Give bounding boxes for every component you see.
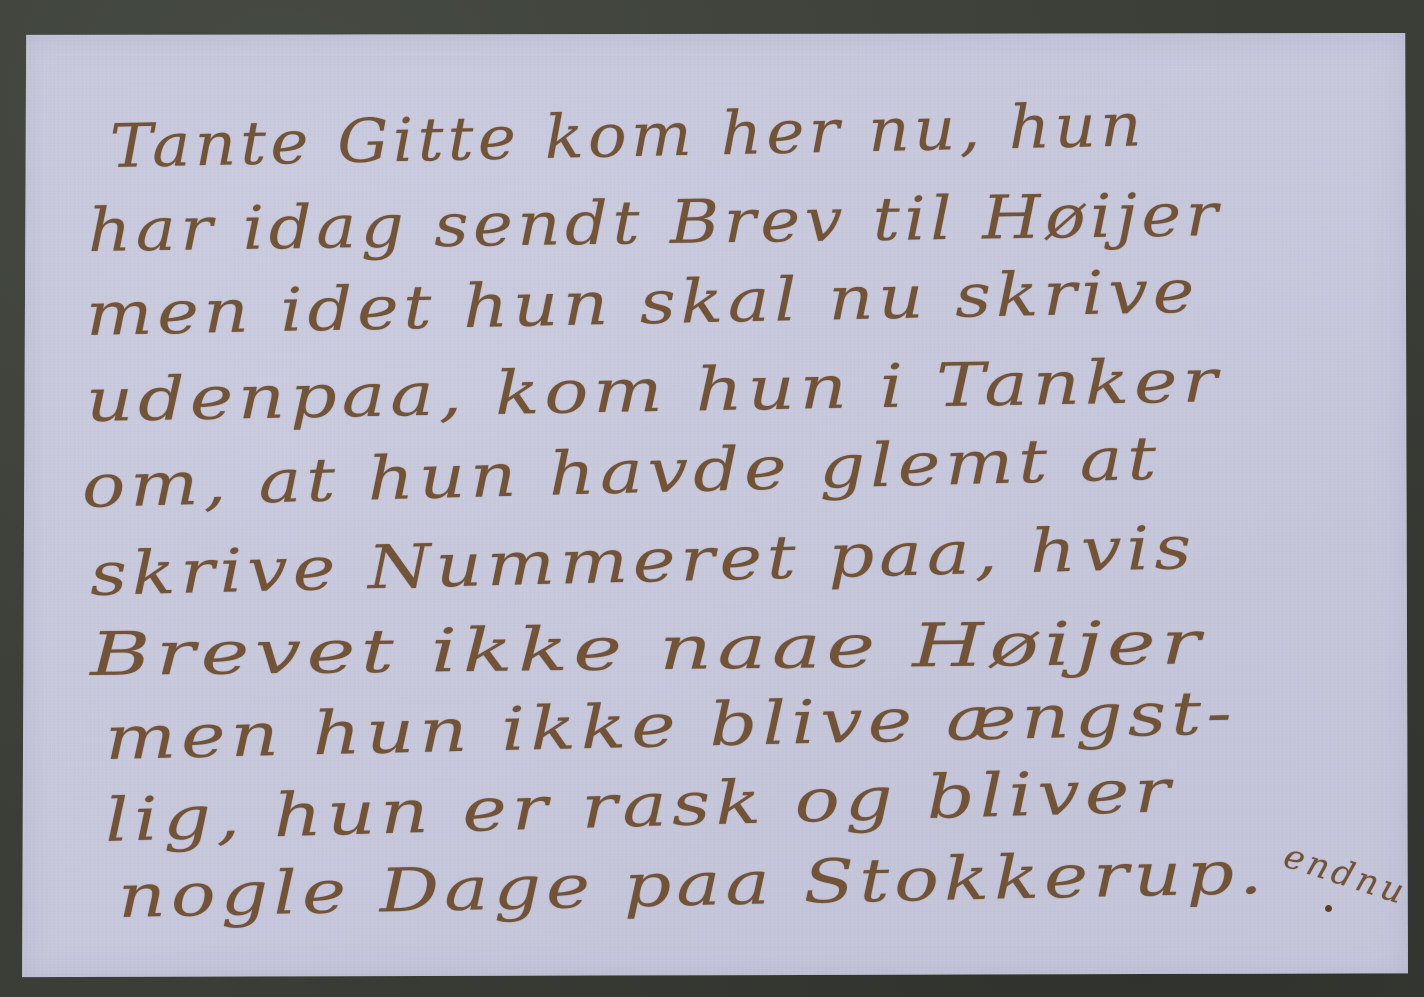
handwriting-margin-note: endnu [1279, 836, 1413, 913]
handwriting-line-6: skrive Nummeret paa, hvis [89, 513, 1197, 610]
handwritten-text: Tante Gitte kom her nu, hun har idag sen… [0, 0, 1424, 997]
handwriting-line-10: nogle Dage paa Stokkerup. [117, 838, 1268, 932]
ink-dot-mark [1325, 905, 1332, 912]
handwriting-line-1: Tante Gitte kom her nu, hun [109, 90, 1146, 182]
handwriting-line-3: men idet hun skal nu skrive [85, 257, 1199, 350]
handwriting-line-2: har idag sendt Brev til Høijer [88, 180, 1223, 266]
handwriting-line-4: udenpaa, kom hun i Tanker [85, 346, 1222, 436]
handwriting-line-5: om, at hun havde glemt at [81, 424, 1162, 522]
handwriting-line-9: lig, hun er rask og bliver [104, 756, 1176, 856]
handwriting-line-7: Brevet ikke naae Høijer [90, 608, 1207, 690]
